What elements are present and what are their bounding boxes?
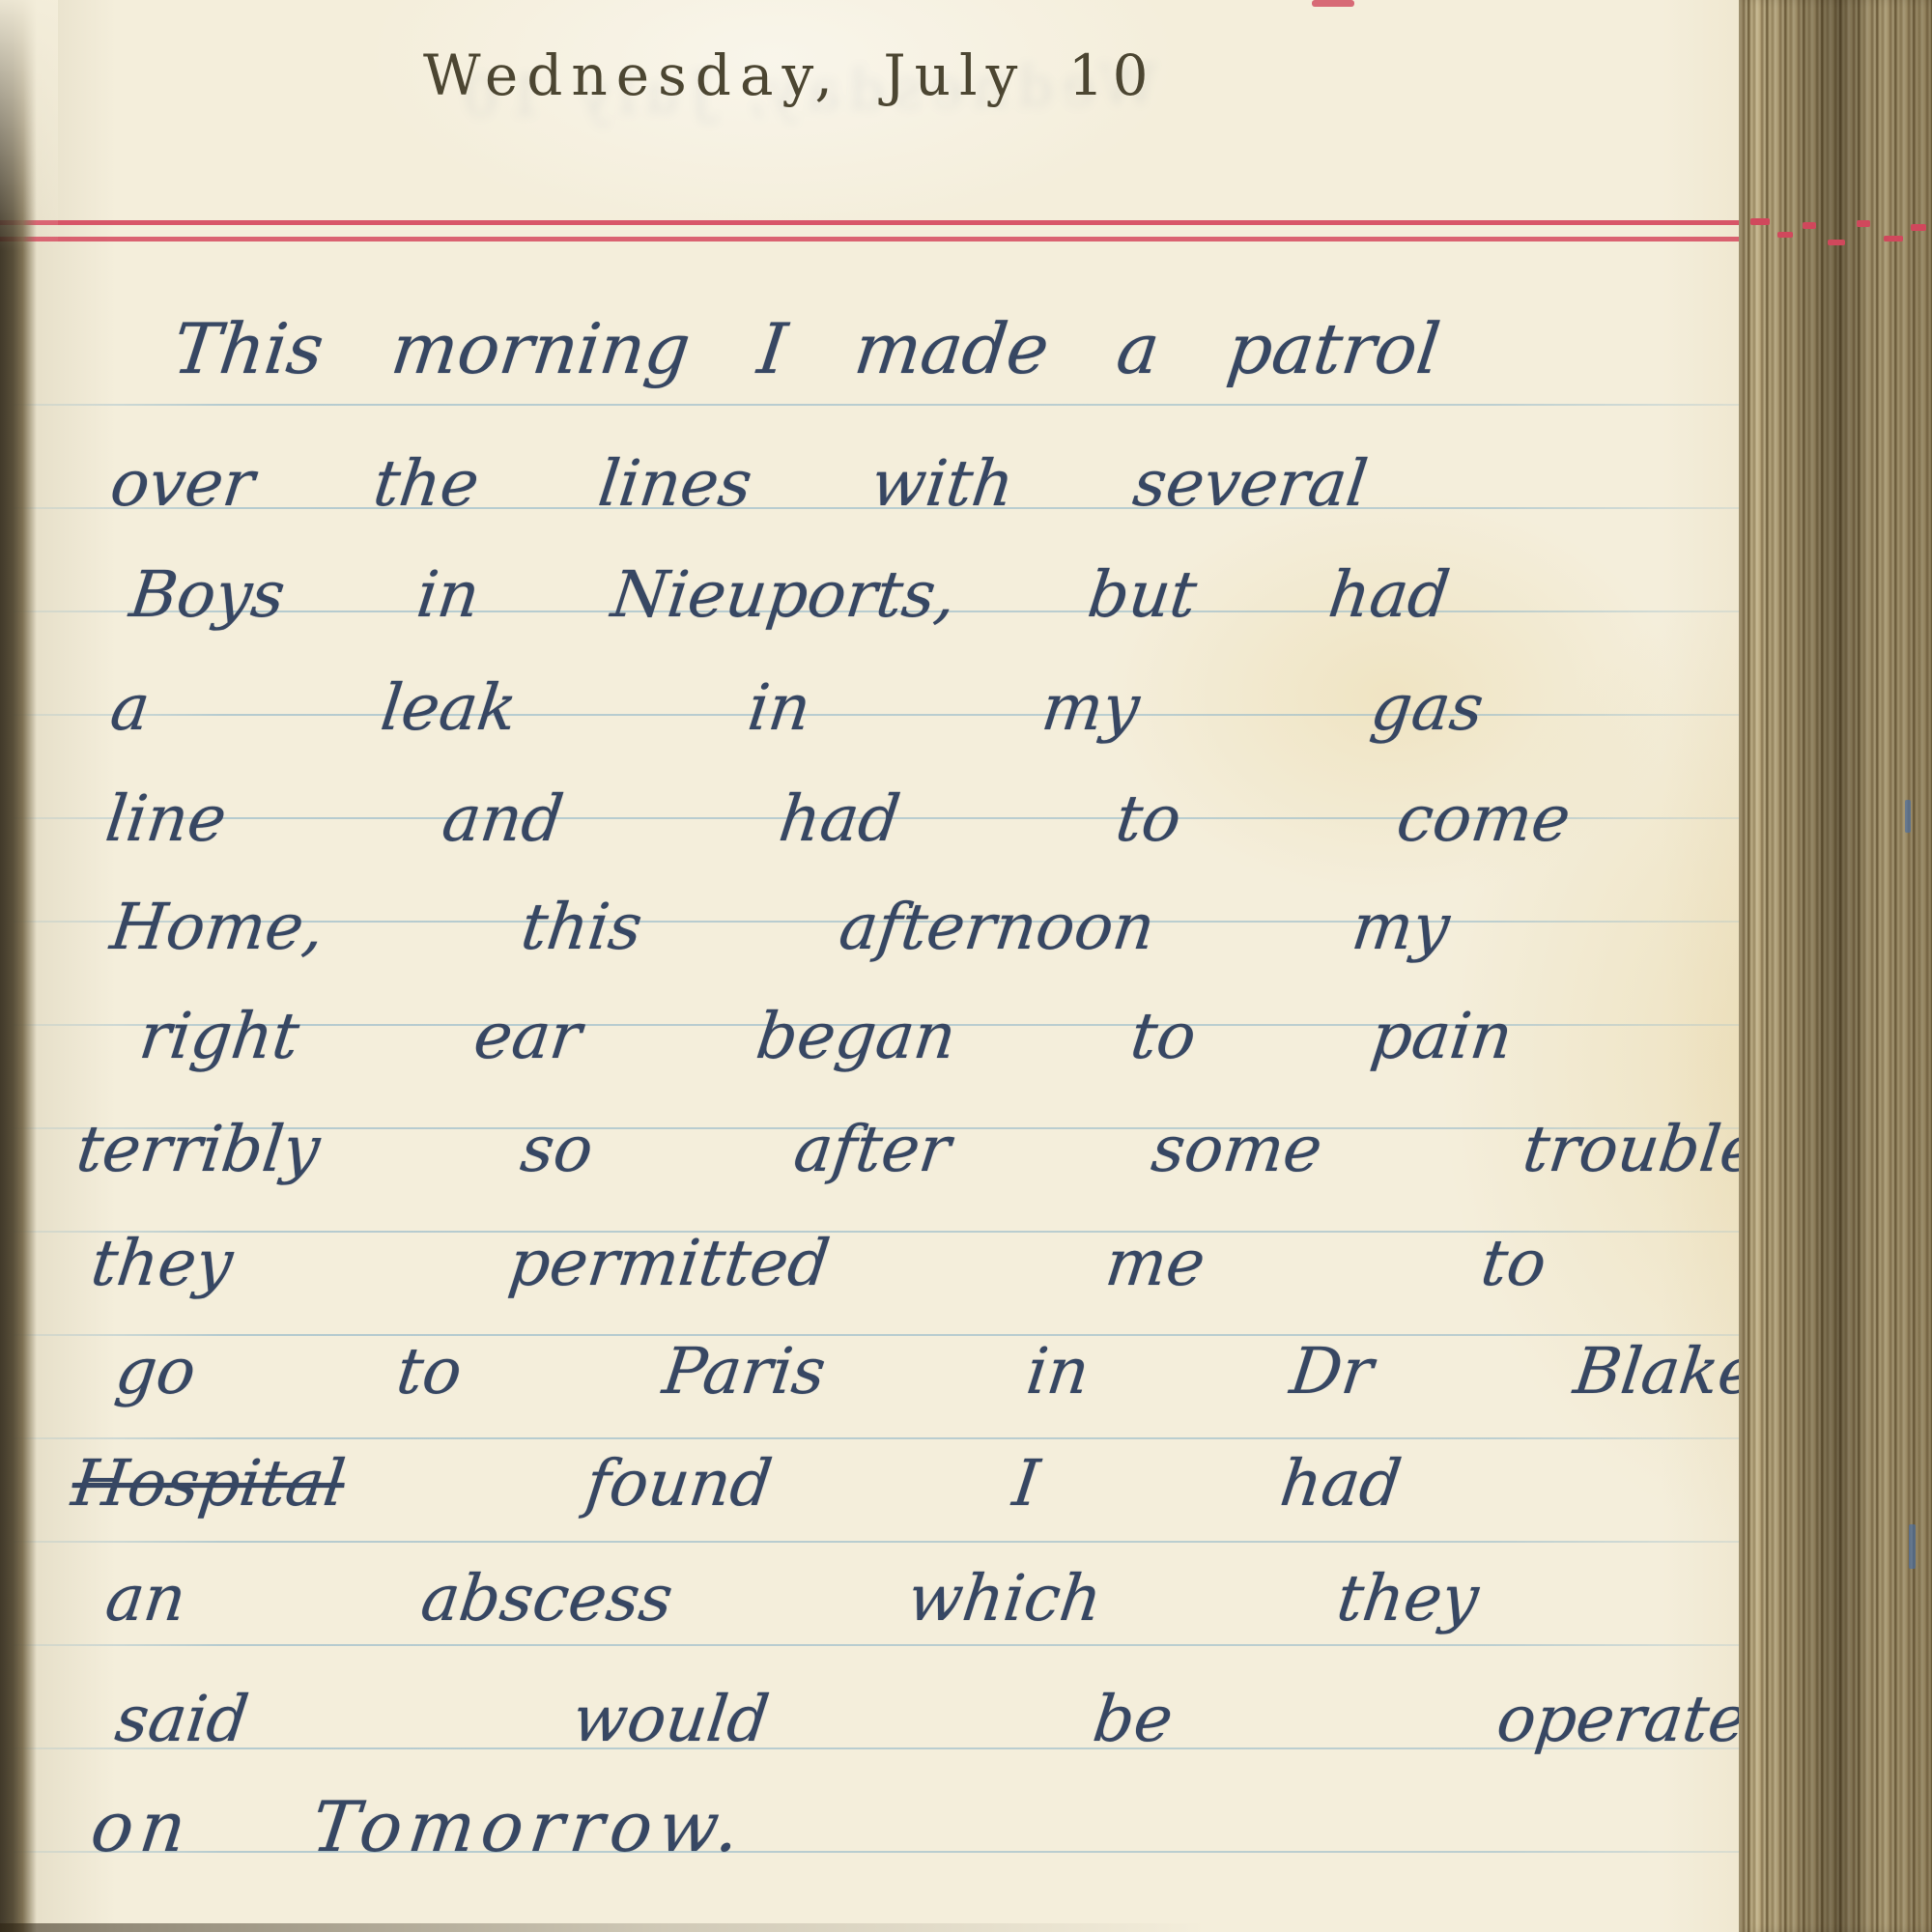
red-edge-mark — [1312, 0, 1354, 7]
red-edge-mark — [1777, 232, 1793, 238]
red-edge-mark — [1828, 240, 1845, 245]
page-date-header: Wednesday, July 10 — [423, 43, 1157, 108]
red-header-rule-bottom — [0, 237, 1750, 241]
red-edge-mark — [1803, 222, 1816, 229]
diary-line-11: Hospital found I had — [69, 1449, 1406, 1520]
blue-ink-mark — [1909, 1524, 1916, 1569]
diary-line-9: they permitted me to — [88, 1229, 1550, 1299]
binding-edge — [0, 0, 37, 1932]
diary-line-8: terribly so after some trouble — [73, 1115, 1763, 1185]
diary-page: Wednesday, July 10 Wednesday, July 10 Th… — [0, 0, 1932, 1932]
diary-line-12: an abscess which they — [102, 1564, 1483, 1634]
ruled-line — [14, 1437, 1752, 1439]
binding-fade — [0, 0, 58, 251]
red-edge-mark — [1750, 218, 1770, 225]
diary-line-5: line and had to come — [102, 784, 1575, 855]
struck-word: Hospital — [68, 1446, 349, 1520]
diary-line-3: Boys in Nieuports, but had — [127, 560, 1454, 631]
red-edge-mark — [1857, 220, 1870, 227]
blue-ink-mark — [1905, 800, 1911, 833]
red-edge-mark — [1884, 236, 1903, 241]
diary-line-1: This morning I made a patrol — [169, 311, 1444, 387]
diary-line-10: go to Paris in Dr Blake's — [112, 1337, 1811, 1407]
page-bottom-edge — [0, 1923, 1207, 1932]
ruled-line — [14, 1644, 1752, 1646]
red-edge-mark — [1911, 224, 1926, 231]
diary-line-6: Home, this afternoon my — [107, 893, 1454, 963]
diary-line-4: a leak in my gas — [107, 673, 1488, 744]
red-header-rule-top — [0, 220, 1750, 225]
page-stack-edge — [1739, 0, 1932, 1932]
diary-line-14: on Tomorrow. — [87, 1789, 1159, 1865]
diary-line-13: said would be operated — [112, 1685, 1792, 1755]
diary-line-2: over the lines with several — [107, 449, 1372, 520]
ruled-line — [14, 1541, 1752, 1543]
diary-line-7: right ear began to pain — [136, 1002, 1517, 1072]
ruled-line — [14, 404, 1752, 406]
